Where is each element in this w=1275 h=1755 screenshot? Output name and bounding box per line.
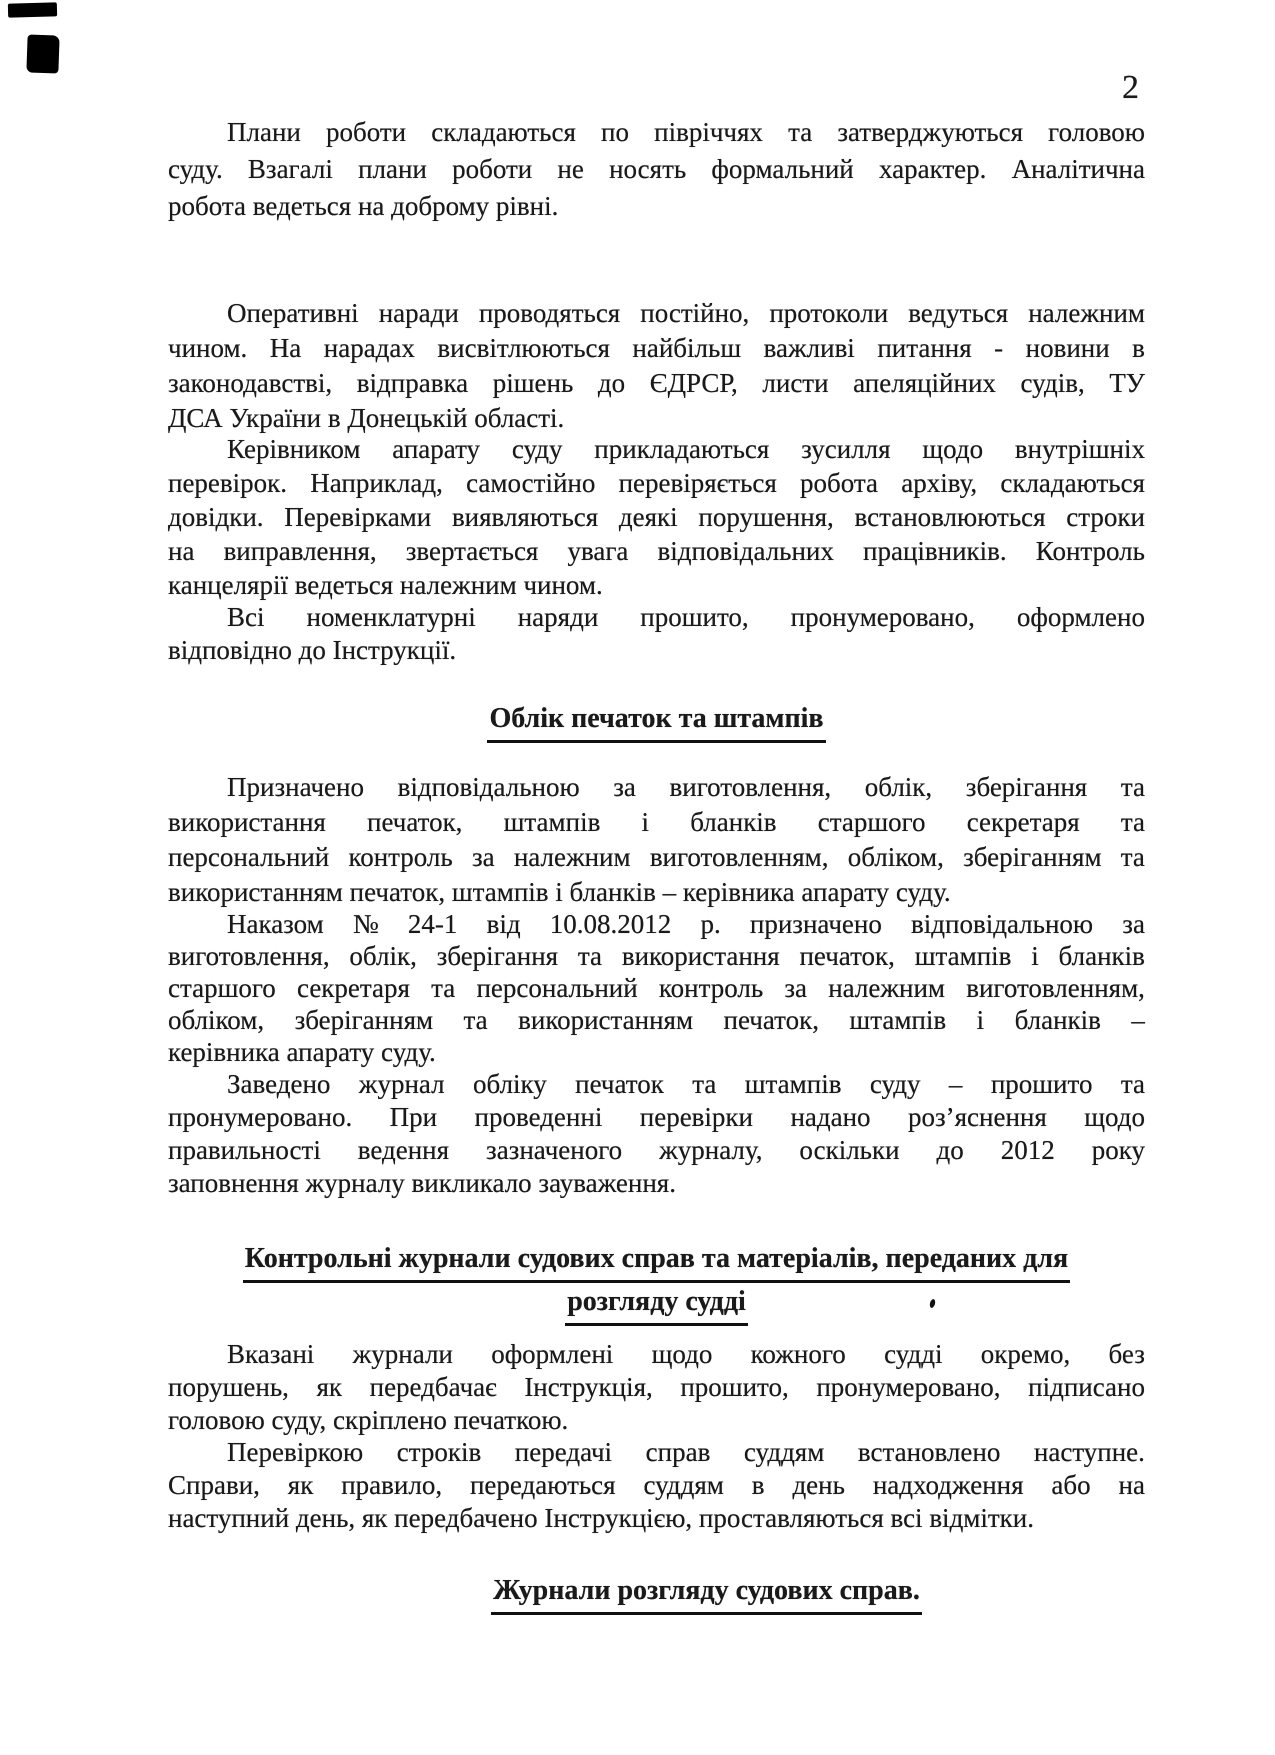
paragraph: Наказом№24-1від10.08.2012р.призначеновід…: [168, 908, 1145, 1068]
heading-underlined-text: розгляду судді: [565, 1283, 748, 1326]
paragraph: Планироботискладаютьсяпопівріччяхтазатве…: [168, 114, 1145, 225]
text-line: Оперативнінарадипроводятьсяпостійно,прот…: [168, 296, 1145, 331]
heading-line: розгляду судді: [168, 1283, 1145, 1326]
paragraph: Оперативнінарадипроводятьсяпостійно,прот…: [168, 296, 1145, 436]
text-line: старшогосекретарятаперсональнийконтрольз…: [168, 972, 1145, 1004]
scan-artifact-blob: [26, 34, 59, 73]
paragraph: Перевіркоюстроківпередачісправсуддямвста…: [168, 1436, 1145, 1535]
paragraph: Всіноменклатурнінарядипрошито,пронумеров…: [168, 601, 1145, 667]
text-line: Перевіркоюстроківпередачісправсуддямвста…: [168, 1436, 1145, 1469]
text-line: обліком,зберіганнямтавикористаннямпечато…: [168, 1004, 1145, 1036]
text-line: Призначеновідповідальноюзавиготовлення,о…: [168, 770, 1145, 805]
scanned-document-page: 2 Планироботискладаютьсяпопівріччяхтазат…: [0, 0, 1275, 1755]
paragraph: Керівникомапаратусудуприкладаютьсязусилл…: [168, 432, 1145, 602]
text-line: порушень,якпередбачаєІнструкція,прошито,…: [168, 1371, 1145, 1404]
paragraph: Призначеновідповідальноюзавиготовлення,о…: [168, 770, 1145, 910]
scan-artifact-bar: [8, 2, 57, 17]
heading-underlined-text: Облік печаток та штампів: [487, 700, 825, 743]
text-line: чином.Нанарадахвисвітлюютьсянайбільшважл…: [168, 331, 1145, 366]
section-heading: Облік печаток та штампів: [168, 700, 1145, 743]
text-line: Наказом№24-1від10.08.2012р.призначеновід…: [168, 908, 1145, 940]
text-line: Всіноменклатурнінарядипрошито,пронумеров…: [168, 601, 1145, 634]
text-line: відповідно до Інструкції.: [168, 634, 1145, 667]
text-line: керівника апарату суду.: [168, 1036, 1145, 1068]
text-line: законодавстві,відправкарішеньдоЄДРСР,лис…: [168, 366, 1145, 401]
text-line: наступний день, як передбачено Інструкці…: [168, 1502, 1145, 1535]
text-line: канцелярії ведеться належним чином.: [168, 568, 1145, 602]
text-line: головою суду, скріплено печаткою.: [168, 1404, 1145, 1437]
page-number: 2: [1122, 70, 1139, 106]
text-line: пронумеровано.Припроведенніперевіркинада…: [168, 1101, 1145, 1134]
section-heading: Журнали розгляду судових справ.: [168, 1572, 1145, 1615]
paragraph: Вказаніжурналиоформленіщодокожногосуддіо…: [168, 1338, 1145, 1437]
text-line: перевірок.Наприклад,самостійноперевіряєт…: [168, 466, 1145, 500]
text-line: Планироботискладаютьсяпопівріччяхтазатве…: [168, 114, 1145, 151]
text-line: персональнийконтрользаналежнимвиготовлен…: [168, 840, 1145, 875]
text-line: ДСА України в Донецькій області.: [168, 401, 1145, 436]
text-line: робота ведеться на доброму рівні.: [168, 188, 1145, 225]
heading-underlined-text: Контрольні журнали судових справ та мате…: [243, 1240, 1070, 1283]
text-line: правильностіведеннязазначеногожурналу,ос…: [168, 1134, 1145, 1167]
heading-underlined-text: Журнали розгляду судових справ.: [491, 1572, 922, 1615]
text-line: виготовлення,облік,зберіганнятавикориста…: [168, 940, 1145, 972]
text-line: Вказаніжурналиоформленіщодокожногосуддіо…: [168, 1338, 1145, 1371]
heading-line: Журнали розгляду судових справ.: [218, 1572, 1195, 1615]
text-line: Керівникомапаратусудуприкладаютьсязусилл…: [168, 432, 1145, 466]
heading-line: Контрольні журнали судових справ та мате…: [168, 1240, 1145, 1283]
text-line: використанняпечаток,штампівібланківстарш…: [168, 805, 1145, 840]
text-line: суду.Взагаліпланироботиненосятьформальни…: [168, 151, 1145, 188]
text-line: використанням печаток, штампів і бланків…: [168, 875, 1145, 910]
text-line: заповнення журналу викликало зауваження.: [168, 1167, 1145, 1200]
paragraph: Заведеножурналоблікупечатокташтампівсуду…: [168, 1068, 1145, 1200]
section-heading: Контрольні журнали судових справ та мате…: [168, 1240, 1145, 1326]
heading-line: Облік печаток та штампів: [168, 700, 1145, 743]
text-line: Справи,якправило,передаютьсясуддямвденьн…: [168, 1469, 1145, 1502]
text-line: довідки.Перевіркамивиявляютьсядеякіпоруш…: [168, 500, 1145, 534]
text-line: навиправлення,звертаєтьсяувагавідповідал…: [168, 534, 1145, 568]
text-line: Заведеножурналоблікупечатокташтампівсуду…: [168, 1068, 1145, 1101]
